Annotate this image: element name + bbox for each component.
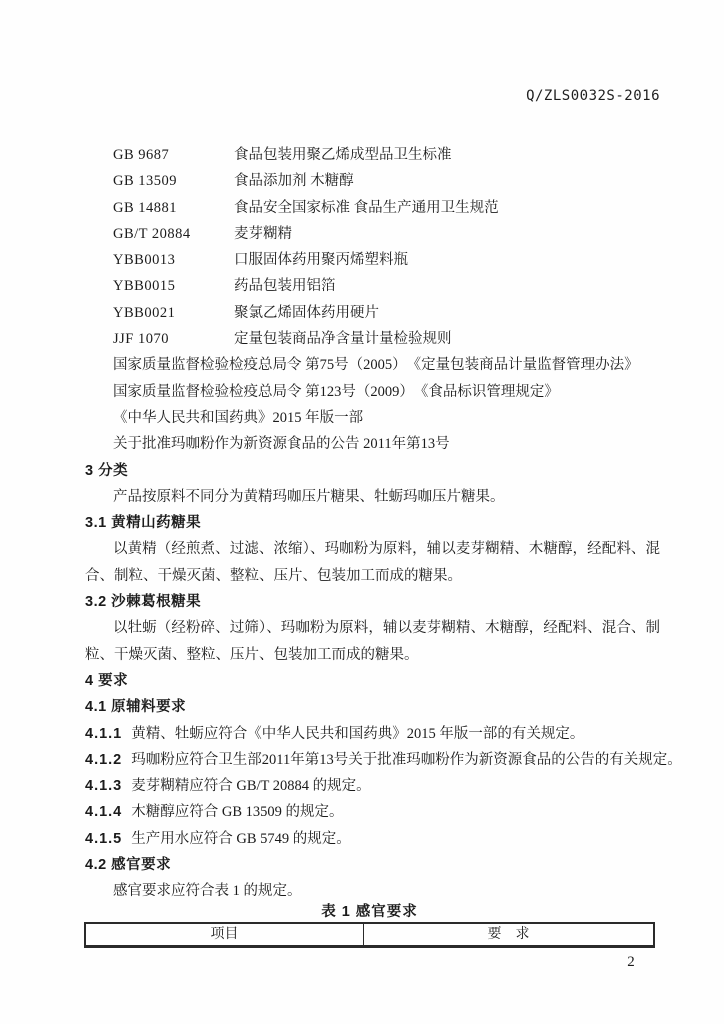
table-1-header-row: 项目 要 求: [84, 922, 655, 948]
clause-text: 麦芽糊精应符合 GB/T 20884 的规定。: [131, 778, 370, 794]
section-3-2-heading: 3.2 沙棘葛根糖果: [85, 589, 660, 615]
reference-item: YBB0013 口服固体药用聚丙烯塑料瓶: [85, 247, 660, 273]
section-3-1-text: 以黄精（经煎煮、过滤、浓缩）、玛咖粉为原料，辅以麦芽糊精、木糖醇，经配料、混合、…: [85, 536, 660, 589]
reference-item: YBB0015 药品包装用铝箔: [85, 273, 660, 299]
reference-title: 麦芽糊精: [234, 221, 292, 247]
clause-number: 4.1.4: [85, 804, 122, 820]
reference-title: 食品包装用聚乙烯成型品卫生标准: [234, 142, 452, 168]
clause-text: 玛咖粉应符合卫生部2011年第13号关于批准玛咖粉作为新资源食品的公告的有关规定…: [131, 752, 681, 768]
reference-line: 国家质量监督检验检疫总局令 第123号（2009） 《食品标识管理规定》: [85, 379, 660, 405]
reference-title: 口服固体药用聚丙烯塑料瓶: [234, 247, 408, 273]
table-1: 表 1 感官要求 项目 要 求: [84, 903, 655, 948]
reference-item: JJF 1070 定量包装商品净含量计量检验规则: [85, 326, 660, 352]
reference-code: YBB0021: [113, 300, 234, 326]
clause-number: 4.1.2: [85, 752, 122, 768]
reference-code: JJF 1070: [113, 326, 234, 352]
reference-line: 《中华人民共和国药典》2015 年版一部: [85, 405, 660, 431]
section-3-2-text: 以牡蛎（经粉碎、过筛）、玛咖粉为原料，辅以麦芽糊精、木糖醇，经配料、混合、制粒、…: [85, 615, 660, 668]
section-4-2-text: 感官要求应符合表 1 的规定。: [85, 878, 660, 904]
reference-title: 食品安全国家标准 食品生产通用卫生规范: [234, 195, 499, 221]
doc-code: Q/ZLS0032S-2016: [526, 88, 660, 104]
section-4-1-heading: 4.1 原辅料要求: [85, 694, 660, 720]
reference-title: 聚氯乙烯固体药用硬片: [234, 300, 379, 326]
reference-line: 国家质量监督检验检疫总局令 第75号（2005） 《定量包装商品计量监督管理办法…: [85, 352, 660, 378]
clause-4-1-5: 4.1.5生产用水应符合 GB 5749 的规定。: [85, 826, 660, 852]
section-4-heading: 4 要求: [85, 668, 660, 694]
reference-title: 药品包装用铝箔: [234, 273, 336, 299]
section-3-heading: 3 分类: [85, 458, 660, 484]
table-1-title: 表 1 感官要求: [84, 903, 655, 922]
clause-4-1-1: 4.1.1黄精、牡蛎应符合《中华人民共和国药典》2015 年版一部的有关规定。: [85, 721, 660, 747]
clause-4-1-4: 4.1.4木糖醇应符合 GB 13509 的规定。: [85, 799, 660, 825]
reference-title: 食品添加剂 木糖醇: [234, 168, 354, 194]
page-number: 2: [622, 954, 640, 971]
section-3-intro: 产品按原料不同分为黄精玛咖压片糖果、牡蛎玛咖压片糖果。: [85, 484, 660, 510]
table-header-requirement: 要 求: [364, 924, 653, 945]
document-body: GB 9687 食品包装用聚乙烯成型品卫生标准 GB 13509 食品添加剂 木…: [85, 142, 660, 905]
reference-item: GB 13509 食品添加剂 木糖醇: [85, 168, 660, 194]
reference-code: YBB0015: [113, 273, 234, 299]
reference-code: YBB0013: [113, 247, 234, 273]
reference-code: GB 13509: [113, 168, 234, 194]
clause-text: 黄精、牡蛎应符合《中华人民共和国药典》2015 年版一部的有关规定。: [131, 726, 584, 742]
reference-item: GB 14881 食品安全国家标准 食品生产通用卫生规范: [85, 195, 660, 221]
table-header-item: 项目: [86, 924, 364, 945]
clause-text: 生产用水应符合 GB 5749 的规定。: [131, 831, 351, 847]
section-3-1-heading: 3.1 黄精山药糖果: [85, 510, 660, 536]
reference-item: YBB0021 聚氯乙烯固体药用硬片: [85, 300, 660, 326]
clause-4-1-2: 4.1.2玛咖粉应符合卫生部2011年第13号关于批准玛咖粉作为新资源食品的公告…: [85, 747, 660, 773]
reference-item: GB/T 20884 麦芽糊精: [85, 221, 660, 247]
clause-4-1-3: 4.1.3麦芽糊精应符合 GB/T 20884 的规定。: [85, 773, 660, 799]
reference-line: 关于批准玛咖粉作为新资源食品的公告 2011年第13号: [85, 431, 660, 457]
reference-title: 定量包装商品净含量计量检验规则: [234, 326, 452, 352]
clause-number: 4.1.1: [85, 726, 122, 742]
clause-number: 4.1.5: [85, 831, 122, 847]
reference-item: GB 9687 食品包装用聚乙烯成型品卫生标准: [85, 142, 660, 168]
reference-code: GB/T 20884: [113, 221, 234, 247]
reference-code: GB 9687: [113, 142, 234, 168]
document-page: Q/ZLS0032S-2016 GB 9687 食品包装用聚乙烯成型品卫生标准 …: [0, 0, 724, 1024]
section-4-2-heading: 4.2 感官要求: [85, 852, 660, 878]
clause-text: 木糖醇应符合 GB 13509 的规定。: [131, 804, 343, 820]
clause-number: 4.1.3: [85, 778, 122, 794]
reference-code: GB 14881: [113, 195, 234, 221]
